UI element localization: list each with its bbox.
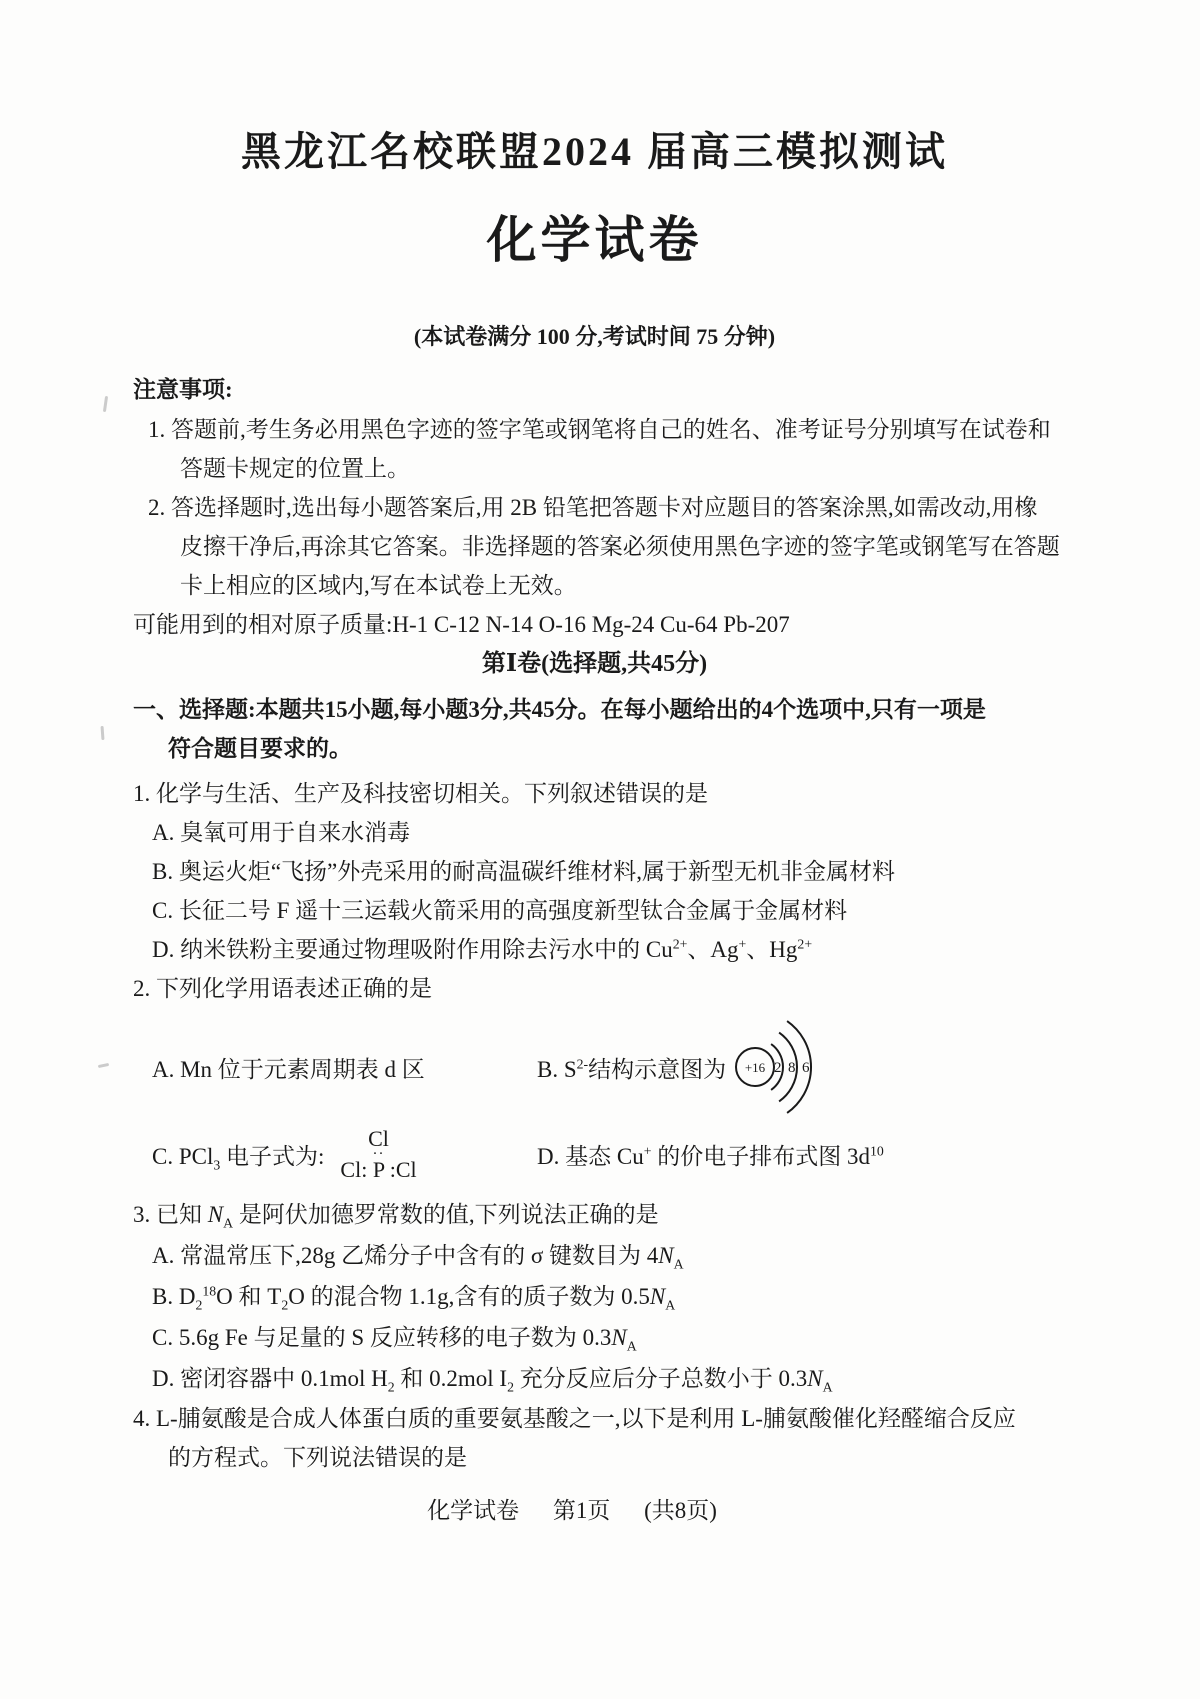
page-footer: 化学试卷 第1页 (共8页) (0, 1492, 1172, 1525)
notice-item-1-line-1: 1. 答题前,考生务必用黑色字迹的签字笔或钢笔将自己的姓名、准考证号分别填写在试… (148, 410, 1140, 449)
q3-option-a: A. 常温常压下,28g 乙烯分子中含有的 σ 键数目为 4NA (152, 1235, 1140, 1276)
question-4: 4. L-脯氨酸是合成人体蛋白质的重要氨基酸之一,以下是利用 L-脯氨酸催化羟醛… (133, 1399, 1140, 1477)
atomic-mass-line: 可能用到的相对原子质量:H-1 C-12 N-14 O-16 Mg-24 Cu-… (133, 605, 1140, 644)
notice-item-1: 1. 答题前,考生务必用黑色字迹的签字笔或钢笔将自己的姓名、准考证号分别填写在试… (133, 410, 1140, 488)
pcl3-electron-formula: Cl ·· Cl: P :Cl (340, 1128, 416, 1181)
footer-page-total: (共8页) (644, 1498, 717, 1523)
notice-item-2-line-1: 2. 答选择题时,选出每小题答案后,用 2B 铅笔把答题卡对应题目的答案涂黑,如… (148, 488, 1140, 527)
q1-option-a: A. 臭氧可用于自来水消毒 (152, 813, 1140, 852)
q2-option-b: B. S2-结构示意图为 +16 2 8 6 (537, 1012, 1140, 1122)
q2-option-c: C. PCl3 电子式为: Cl ·· Cl: P :Cl (152, 1122, 537, 1186)
q3-stem: 3. 已知 NA 是阿伏加德罗常数的值,下列说法正确的是 (133, 1194, 1140, 1235)
atomic-structure-diagram: +16 2 8 6 (734, 1011, 824, 1123)
notice-heading: 注意事项: (133, 370, 1140, 410)
nucleus-charge-label: +16 (745, 1060, 766, 1075)
exam-paper-page: 黑龙江名校联盟2024 届高三模拟测试 化学试卷 (本试卷满分 100 分,考试… (0, 0, 1200, 1699)
intro-line-2: 符合题目要求的。 (168, 729, 1140, 768)
q4-stem-line-1: 4. L-脯氨酸是合成人体蛋白质的重要氨基酸之一,以下是利用 L-脯氨酸催化羟醛… (133, 1399, 1140, 1438)
q2-stem: 2. 下列化学用语表述正确的是 (133, 969, 1140, 1008)
lewis-bottom-row: Cl: P :Cl (340, 1159, 416, 1181)
notice-item-2: 2. 答选择题时,选出每小题答案后,用 2B 铅笔把答题卡对应题目的答案涂黑,如… (133, 488, 1140, 605)
q2-options-grid: A. Mn 位于元素周期表 d 区 B. S2-结构示意图为 +16 2 8 6 (152, 1012, 1140, 1186)
intro-line-1: 一、选择题:本题共15小题,每小题3分,共45分。在每小题给出的4个选项中,只有… (133, 690, 1140, 729)
shell-count-2: 8 (788, 1060, 796, 1076)
shell-count-1: 2 (774, 1060, 782, 1076)
q2-option-d-text: D. 基态 Cu+ 的价电子排布式图 3d10 (537, 1138, 884, 1171)
q2-option-a-text: A. Mn 位于元素周期表 d 区 (152, 1051, 425, 1084)
q2-option-a: A. Mn 位于元素周期表 d 区 (152, 1012, 537, 1122)
page-content: 黑龙江名校联盟2024 届高三模拟测试 化学试卷 (本试卷满分 100 分,考试… (0, 0, 1200, 1477)
q3-option-c: C. 5.6g Fe 与足量的 S 反应转移的电子数为 0.3NA (152, 1317, 1140, 1358)
q1-option-c: C. 长征二号 F 遥十三运载火箭采用的高强度新型钛合金属于金属材料 (152, 891, 1140, 930)
q2-option-b-text: B. S2-结构示意图为 (537, 1051, 726, 1084)
q3-option-b: B. D218O 和 T2O 的混合物 1.1g,含有的质子数为 0.5NA (152, 1276, 1140, 1317)
notice-item-1-line-2: 答题卡规定的位置上。 (180, 449, 1140, 488)
section-1-intro: 一、选择题:本题共15小题,每小题3分,共45分。在每小题给出的4个选项中,只有… (133, 690, 1140, 768)
paper-title: 化学试卷 (91, 208, 1098, 272)
shell-count-3: 6 (802, 1060, 810, 1076)
question-3: 3. 已知 NA 是阿伏加德罗常数的值,下列说法正确的是 A. 常温常压下,28… (133, 1194, 1140, 1399)
exam-meta: (本试卷满分 100 分,考试时间 75 分钟) (91, 324, 1098, 350)
q2-option-d: D. 基态 Cu+ 的价电子排布式图 3d10 (537, 1122, 1140, 1186)
section-1-title: 第Ⅰ卷(选择题,共45分) (91, 644, 1098, 684)
q1-stem: 1. 化学与生活、生产及科技密切相关。下列叙述错误的是 (133, 774, 1140, 813)
q1-option-d: D. 纳米铁粉主要通过物理吸附作用除去污水中的 Cu2+、Ag+、Hg2+ (152, 930, 1140, 969)
exam-league-title: 黑龙江名校联盟2024 届高三模拟测试 (91, 128, 1098, 176)
q3-option-d: D. 密闭容器中 0.1mol H2 和 0.2mol I2 充分反应后分子总数… (152, 1358, 1140, 1399)
footer-doc-title: 化学试卷 (427, 1498, 519, 1523)
notice-item-2-line-2: 皮擦干净后,再涂其它答案。非选择题的答案必须使用黑色字迹的签字笔或钢笔写在答题 (180, 527, 1140, 566)
q4-stem-line-2: 的方程式。下列说法错误的是 (168, 1438, 1140, 1477)
notice-item-2-line-3: 卡上相应的区域内,写在本试卷上无效。 (180, 566, 1140, 605)
q2-option-c-text: C. PCl3 电子式为: (152, 1138, 324, 1171)
question-1: 1. 化学与生活、生产及科技密切相关。下列叙述错误的是 A. 臭氧可用于自来水消… (133, 774, 1140, 969)
footer-page-number: 第1页 (553, 1498, 611, 1523)
q1-option-b: B. 奥运火炬“飞扬”外壳采用的耐高温碳纤维材料,属于新型无机非金属材料 (152, 852, 1140, 891)
question-2: 2. 下列化学用语表述正确的是 A. Mn 位于元素周期表 d 区 B. S2-… (133, 969, 1140, 1186)
